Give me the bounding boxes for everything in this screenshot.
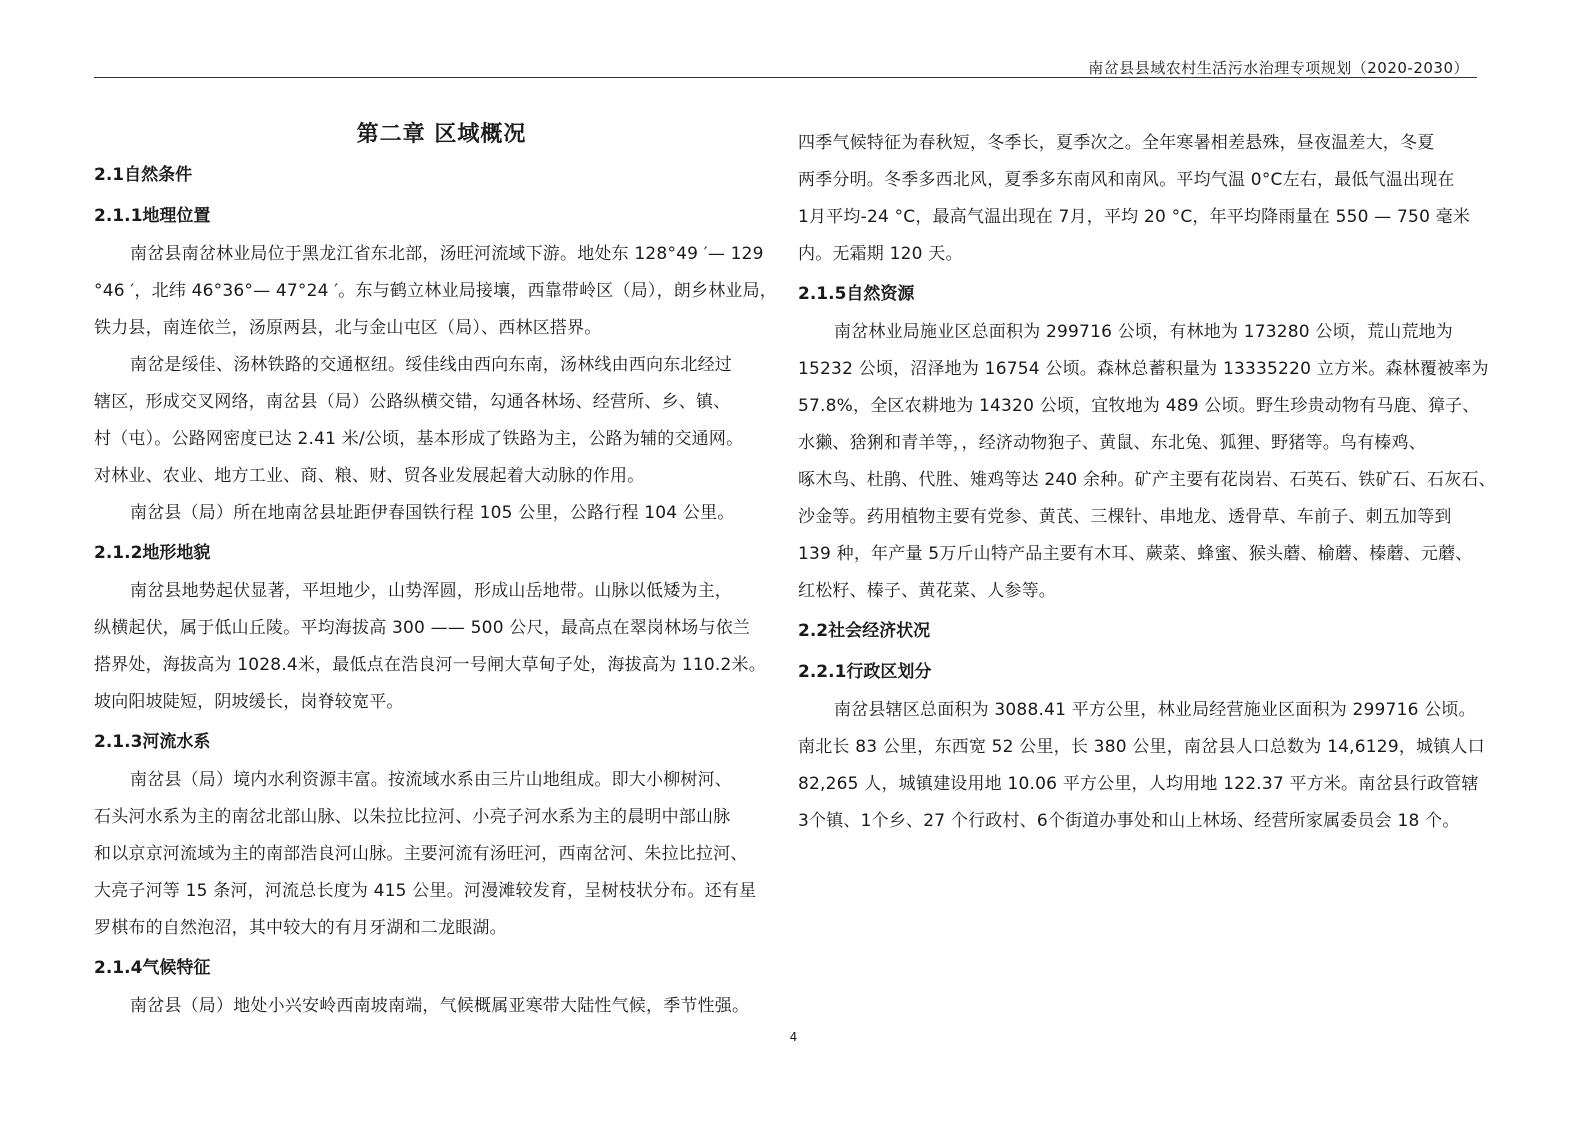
paragraph-distance: 南岔县（局）所在地南岔县址距伊春国铁行程 105 公里，公路行程 104 公里。 — [94, 495, 789, 532]
header-divider — [94, 77, 1477, 78]
left-column: 第二章 区域概况 2.1自然条件 2.1.1地理位置 南岔县南岔林业局位于黑龙江… — [94, 112, 789, 1025]
text-line: 罗棋布的自然泡沼，其中较大的有月牙湖和二龙眼湖。 — [94, 910, 789, 947]
text-line: 大亮子河等 15 条河，河流总长度为 415 公里。河漫滩较发育，呈树枝状分布。… — [94, 873, 789, 910]
page-number: 4 — [0, 1030, 1587, 1044]
section-heading-2-1-2: 2.1.2地形地貌 — [94, 536, 789, 573]
text-line: 3个镇、1个乡、27 个行政村、6个街道办事处和山上林场、经营所家属委员会 18… — [798, 803, 1493, 840]
text-line: 对林业、农业、地方工业、商、粮、财、贸各业发展起着大动脉的作用。 — [94, 458, 789, 495]
text-line: 南岔县（局）境内水利资源丰富。按流域水系由三片山地组成。即大小柳树河、 — [94, 762, 789, 799]
section-heading-2-1-5: 2.1.5自然资源 — [798, 277, 1493, 314]
section-heading-2-1-3: 2.1.3河流水系 — [94, 725, 789, 762]
section-heading-2-1: 2.1自然条件 — [94, 158, 789, 195]
text-line: 南岔是绥佳、汤林铁路的交通枢纽。绥佳线由西向东南，汤林线由西向东北经过 — [94, 347, 789, 384]
text-line: 辖区，形成交叉网络，南岔县（局）公路纵横交错，勾通各林场、经营所、乡、镇、 — [94, 384, 789, 421]
text-line: 红松籽、榛子、黄花菜、人参等。 — [798, 573, 1493, 610]
text-line: 纵横起伏，属于低山丘陵。平均海拔高 300 —— 500 公尺，最高点在翠岗林场… — [94, 610, 789, 647]
paragraph-geography: 南岔县南岔林业局位于黑龙江省东北部，汤旺河流域下游。地处东 128°49 ′— … — [94, 236, 789, 347]
text-line: 水獭、猞猁和青羊等，，经济动物狍子、黄鼠、东北兔、狐狸、野猪等。鸟有榛鸡、 — [798, 425, 1493, 462]
text-line: 15232 公顷，沼泽地为 16754 公顷。森林总蓄积量为 13335220 … — [798, 351, 1493, 388]
text-line: 村（屯）。公路网密度已达 2.41 米/公顷，基本形成了铁路为主，公路为辅的交通… — [94, 421, 789, 458]
paragraph-natural-resources: 南岔林业局施业区总面积为 299716 公顷，有林地为 173280 公顷，荒山… — [798, 314, 1493, 610]
text-line: 南岔县南岔林业局位于黑龙江省东北部，汤旺河流域下游。地处东 128°49 ′— … — [94, 236, 789, 273]
section-heading-2-1-1: 2.1.1地理位置 — [94, 199, 789, 236]
text-line: 啄木鸟、杜鹃、代胜、雉鸡等达 240 余种。矿产主要有花岗岩、石英石、铁矿石、石… — [798, 462, 1493, 499]
section-heading-2-1-4: 2.1.4气候特征 — [94, 951, 789, 988]
text-line: 两季分明。冬季多西北风，夏季多东南风和南风。平均气温 0°C左右，最低气温出现在 — [798, 162, 1493, 199]
right-column: 四季气候特征为春秋短，冬季长，夏季次之。全年寒暑相差悬殊，昼夜温差大，冬夏 两季… — [798, 125, 1493, 840]
paragraph-terrain: 南岔县地势起伏显著，平坦地少，山势浑圆，形成山岳地带。山脉以低矮为主， 纵横起伏… — [94, 573, 789, 721]
text-line: 139 种，年产量 5万斤山特产品主要有木耳、蕨菜、蜂蜜、猴头蘑、榆蘑、榛蘑、元… — [798, 536, 1493, 573]
section-heading-2-2: 2.2社会经济状况 — [798, 614, 1493, 651]
text-line: 南岔林业局施业区总面积为 299716 公顷，有林地为 173280 公顷，荒山… — [798, 314, 1493, 351]
text-line: 石头河水系为主的南岔北部山脉、以朱拉比拉河、小亮子河水系为主的晨明中部山脉 — [94, 799, 789, 836]
paragraph-climate-continued: 四季气候特征为春秋短，冬季长，夏季次之。全年寒暑相差悬殊，昼夜温差大，冬夏 两季… — [798, 125, 1493, 273]
paragraph-climate: 南岔县（局）地处小兴安岭西南坡南端，气候概属亚寒带大陆性气候，季节性强。 — [94, 988, 789, 1025]
paragraph-transport: 南岔是绥佳、汤林铁路的交通枢纽。绥佳线由西向东南，汤林线由西向东北经过 辖区，形… — [94, 347, 789, 495]
text-line: 57.8%，全区农耕地为 14320 公顷，宜牧地为 489 公顷。野生珍贵动物… — [798, 388, 1493, 425]
section-heading-2-2-1: 2.2.1行政区划分 — [798, 655, 1493, 692]
paragraph-administrative-division: 南岔县辖区总面积为 3088.41 平方公里，林业局经营施业区面积为 29971… — [798, 692, 1493, 840]
text-line: 1月平均-24 °C，最高气温出现在 7月，平均 20 °C，年平均降雨量在 5… — [798, 199, 1493, 236]
text-line: 南北长 83 公里，东西宽 52 公里，长 380 公里，南岔县人口总数为 14… — [798, 729, 1493, 766]
text-line: 南岔县地势起伏显著，平坦地少，山势浑圆，形成山岳地带。山脉以低矮为主， — [94, 573, 789, 610]
text-line: 和以京京河流域为主的南部浩良河山脉。主要河流有汤旺河，西南岔河、朱拉比拉河、 — [94, 836, 789, 873]
text-line: 四季气候特征为春秋短，冬季长，夏季次之。全年寒暑相差悬殊，昼夜温差大，冬夏 — [798, 125, 1493, 162]
document-header-title: 南岔县县域农村生活污水治理专项规划（2020-2030） — [1088, 57, 1469, 78]
text-line: 82,265 人，城镇建设用地 10.06 平方公里，人均用地 122.37 平… — [798, 766, 1493, 803]
text-line: 搭界处，海拔高为 1028.4米，最低点在浩良河一号闸大草甸子处，海拔高为 11… — [94, 647, 789, 684]
text-line: 内。无霜期 120 天。 — [798, 236, 1493, 273]
paragraph-rivers: 南岔县（局）境内水利资源丰富。按流域水系由三片山地组成。即大小柳树河、 石头河水… — [94, 762, 789, 947]
text-line: 南岔县（局）所在地南岔县址距伊春国铁行程 105 公里，公路行程 104 公里。 — [94, 495, 789, 532]
text-line: 沙金等。药用植物主要有党参、黄芪、三棵针、串地龙、透骨草、车前子、刺五加等到 — [798, 499, 1493, 536]
text-line: 南岔县辖区总面积为 3088.41 平方公里，林业局经营施业区面积为 29971… — [798, 692, 1493, 729]
text-line: 南岔县（局）地处小兴安岭西南坡南端，气候概属亚寒带大陆性气候，季节性强。 — [94, 988, 789, 1025]
text-line: 铁力县，南连依兰，汤原两县，北与金山屯区（局）、西林区搭界。 — [94, 310, 789, 347]
text-line: °46 ′，北纬 46°36°— 47°24 ′。东与鹤立林业局接壤，西靠带岭区… — [94, 273, 789, 310]
text-line: 坡向阳坡陡短，阴坡缓长，岗脊较宽平。 — [94, 684, 789, 721]
chapter-title: 第二章 区域概况 — [94, 112, 789, 158]
